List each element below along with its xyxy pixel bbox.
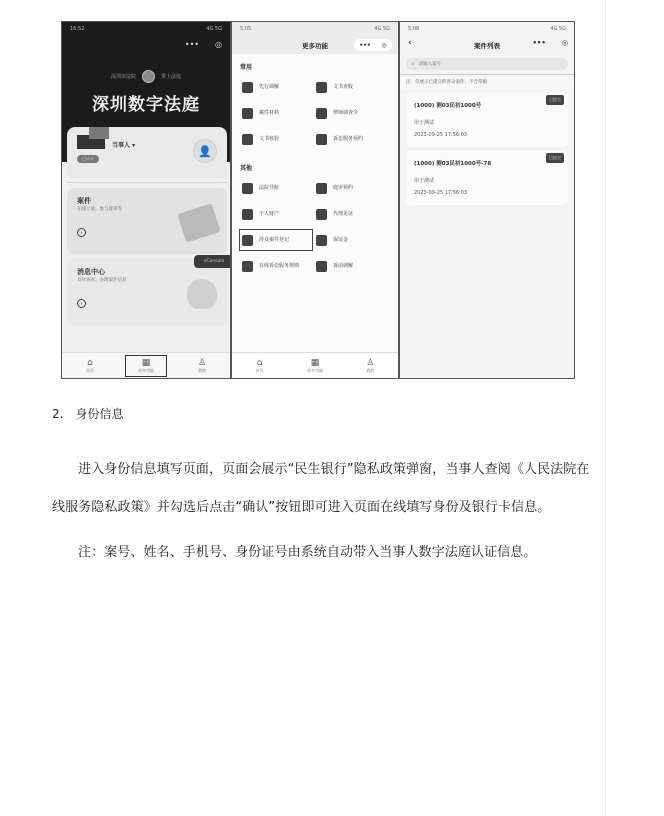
section-heading: 2.身份信息 [52,405,123,422]
notice-text: 注：仅展示已提交的涉众案件，不含草稿 [400,74,574,89]
message-illustration [187,279,217,309]
nav-bar: 更多功能 •••◎ [232,36,398,54]
case-illustration [177,203,221,243]
case-description: 用于测试 [414,119,560,126]
case-register-icon [242,235,253,246]
back-icon[interactable]: ‹ [408,38,412,48]
note-text: 注：案号、姓名、手机号、身份证号由系统自动带入当事人数字法庭认证信息。 [78,541,537,560]
message-center-card[interactable]: 消息中心 及时查看、办理案件信息 › [67,259,227,325]
status-time: 5:08 [408,26,419,32]
role-switcher[interactable]: 当事人 ▾ [112,140,135,149]
arrow-right-icon[interactable]: › [77,228,86,237]
case-card-subtitle: 在线立案、参与庭审等 [77,206,122,212]
arrow-right-icon[interactable]: › [77,299,86,308]
tab-home[interactable]: ⌂首页 [240,358,280,374]
mini-program-capsule[interactable]: ••• ◎ [185,40,222,49]
mediation-icon [242,82,253,93]
tab-mine[interactable]: ♙我的 [182,358,222,374]
status-icons: 4G 5G [206,26,222,32]
case-material-icon [242,108,253,119]
status-badge: 已提交 [546,95,564,105]
appointment-icon [316,134,327,145]
section-title-common: 常用 [232,54,398,75]
case-time: 2023-09-25 17:56:03 [414,190,560,196]
avatar[interactable]: 👤 [193,139,217,163]
witness-icon [316,209,327,220]
search-icon: ⌕ [412,61,415,67]
menu-item[interactable]: 文书查收 [316,79,390,95]
common-grid: 先行调解 文书查收 案件材料 律师调查令 文书核验 诉讼服务预约 [232,75,398,155]
section-title: 身份信息 [75,407,123,421]
home-icon: ⌂ [87,358,93,368]
status-bar: 5:08 4G 5G [400,22,574,36]
mini-program-capsule[interactable]: •••◎ [354,39,392,51]
more-icon: ••• [359,42,371,49]
divider [67,182,227,183]
case-description: 用于测试 [414,177,560,184]
case-list-item[interactable]: (1000) 测03民初1000号-78 已提交 用于测试 2023-09-25… [406,151,568,205]
page-title: 更多功能 [302,41,328,50]
case-card[interactable]: 案件 在线立案、参与庭审等 › [67,188,227,254]
lawyer-icon [316,108,327,119]
more-icon[interactable]: ••• [185,40,199,49]
search-placeholder: 请输入案号 [419,61,442,67]
user-icon: ♙ [366,358,374,368]
menu-item[interactable]: 庭审预约 [316,180,390,196]
court-icon [242,183,253,194]
status-time: 5:05 [240,26,251,32]
menu-item[interactable]: 诉前调解 [316,258,390,274]
hearing-icon [316,183,327,194]
document-receive-icon [316,82,327,93]
redacted-block [89,127,109,139]
menu-item[interactable]: 代理见证 [316,206,390,222]
header: 5:05 4G 5G 更多功能 •••◎ [232,22,398,54]
menu-item[interactable]: 个人财产 [242,206,316,222]
status-bar: 5:05 4G 5G [232,22,398,36]
menu-item[interactable]: 在线诉讼服务规则 [242,258,316,274]
grid-icon: ▦ [311,358,320,368]
nav-bar: ‹ 案件列表 •••◎ [400,36,574,54]
message-card-title: 消息中心 [77,267,105,277]
case-card-title: 案件 [77,196,91,206]
menu-item[interactable]: 律师调查令 [316,105,390,121]
verify-document-icon [242,134,253,145]
tab-more-functions[interactable]: ▦更多功能 [295,358,335,374]
certified-badge: 已认证 [77,155,99,163]
vconsole-button[interactable]: vConsole [194,255,231,268]
caret-down-icon: ▾ [132,142,135,149]
pre-mediation-icon [316,261,327,272]
rules-icon [242,261,253,272]
status-bar: 16:52 4G 5G [62,22,230,36]
court-name-right: 掌上法庭 [161,73,181,80]
menu-item[interactable]: 法院导航 [242,180,316,196]
phone-case-list-screen: 5:08 4G 5G ‹ 案件列表 •••◎ ⌕ 请输入案号 注：仅展示已提交的… [399,21,575,379]
menu-item[interactable]: 案件材料 [242,105,316,121]
menu-item[interactable]: 文书核验 [242,131,316,147]
message-card-subtitle: 及时查看、办理案件信息 [77,277,127,283]
close-circle-icon: ◎ [562,39,568,47]
menu-item[interactable]: 保证金 [316,232,390,248]
court-name-left: 深圳市法院 [111,73,136,80]
tab-more-functions[interactable]: ▦更多功能 [126,356,166,376]
tab-home[interactable]: ⌂首页 [70,358,110,374]
tab-bar: ⌂首页 ▦更多功能 ♙我的 [232,352,398,378]
grid-icon: ▦ [142,358,151,368]
close-circle-icon[interactable]: ◎ [215,40,222,49]
phone-more-functions-screen: 5:05 4G 5G 更多功能 •••◎ 常用 先行调解 文书查收 案件材料 律… [231,21,399,379]
other-grid: 法院导航 庭审预约 个人财产 代理见证 涉众案件登记 保证金 在线诉讼服务规则 … [232,176,398,282]
phone-home-screen: 16:52 4G 5G ••• ◎ 深圳市法院 掌上法庭 深圳数字法庭 当事人 … [61,21,231,379]
menu-item-highlighted[interactable]: 涉众案件登记 [242,232,310,248]
court-emblem-row: 深圳市法院 掌上法庭 [62,70,230,83]
case-time: 2023-09-25 17:56:03 [414,132,560,138]
status-time: 16:52 [70,26,84,32]
section-number: 2. [52,407,63,421]
user-icon: ♙ [198,358,206,368]
case-number: (1000) 测03民初1000号-78 [414,159,560,167]
app-title: 深圳数字法庭 [62,90,230,115]
search-input[interactable]: ⌕ 请输入案号 [406,58,568,70]
more-icon: ••• [532,39,545,47]
tab-bar: ⌂首页 ▦更多功能 ♙我的 [62,352,230,378]
mini-program-capsule[interactable]: •••◎ [532,39,568,47]
property-icon [242,209,253,220]
section-title-other: 其他 [232,155,398,176]
case-number: (1000) 测03民初1000号 [414,101,560,109]
paragraph-line: 进入身份信息填写页面，页面会展示“民生银行”隐私政策弹窗，当事人查阅《人民法院在 [78,458,589,477]
page-edge [605,0,606,816]
paragraph-line: 线服务隐私政策》并勾选后点击“确认”按钮即可进入页面在线填写身份及银行卡信息。 [52,496,550,515]
case-list-item[interactable]: (1000) 测03民初1000号 已提交 用于测试 2023-09-25 17… [406,93,568,147]
status-badge: 已提交 [546,153,564,163]
close-circle-icon: ◎ [381,42,386,49]
status-icons: 4G 5G [550,26,566,32]
user-card[interactable]: 当事人 ▾ 已认证 👤 [67,127,227,179]
menu-item[interactable]: 诉讼服务预约 [316,131,390,147]
court-emblem-icon [142,70,155,83]
tab-mine[interactable]: ♙我的 [350,358,390,374]
page-title: 案件列表 [474,41,500,50]
menu-item[interactable]: 先行调解 [242,79,316,95]
deposit-icon [316,235,327,246]
screenshot-strip: 16:52 4G 5G ••• ◎ 深圳市法院 掌上法庭 深圳数字法庭 当事人 … [61,21,575,379]
status-icons: 4G 5G [374,26,390,32]
home-icon: ⌂ [257,358,263,368]
